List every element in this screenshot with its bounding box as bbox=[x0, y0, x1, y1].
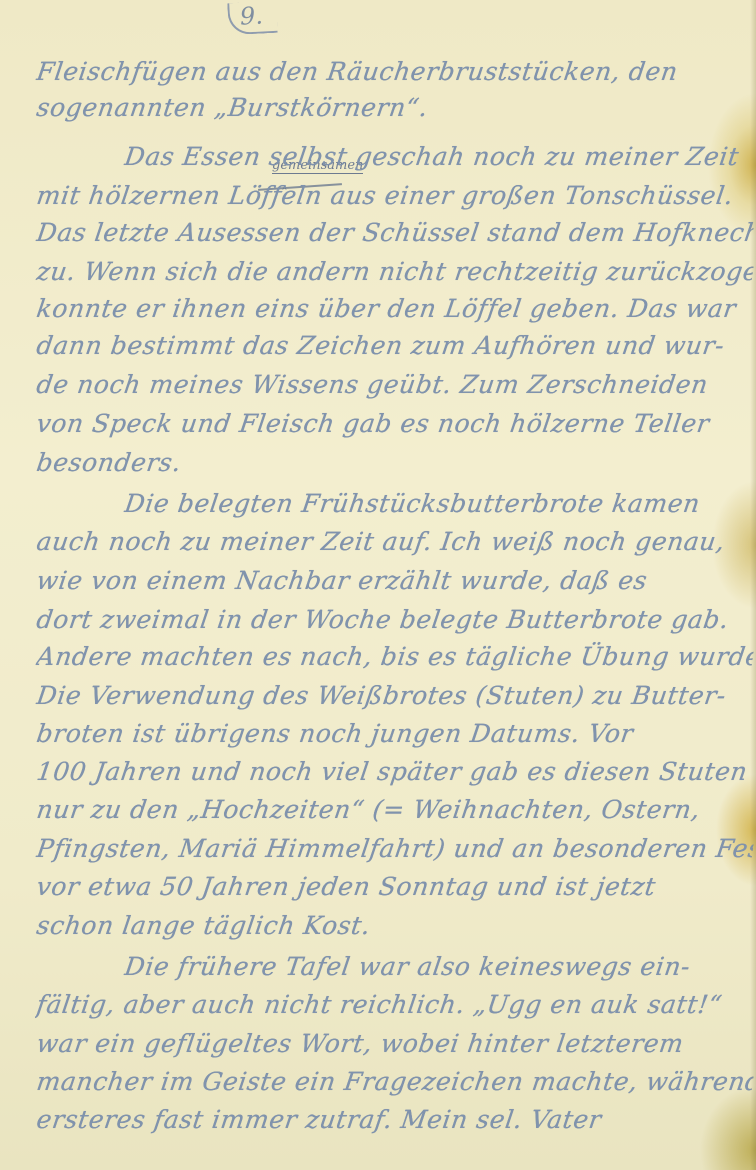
text-line: Das letzte Ausessen der Schüssel stand d… bbox=[34, 213, 756, 253]
text-line: broten ist übrigens noch jungen Datums. … bbox=[34, 714, 756, 754]
text-line: Pfingsten, Mariä Himmelfahrt) und an bes… bbox=[34, 829, 756, 869]
text-line: vor etwa 50 Jahren jeden Sonntag und ist… bbox=[34, 867, 756, 907]
text-line: Die frühere Tafel war also keineswegs ei… bbox=[122, 947, 756, 987]
page-number: 9. bbox=[227, 1, 278, 36]
text-line: ersteres fast immer zutraf. Mein sel. Va… bbox=[34, 1100, 756, 1140]
text-line: besonders. bbox=[34, 443, 756, 483]
text-line: von Speck und Fleisch gab es noch hölzer… bbox=[34, 404, 756, 444]
text-line: schon lange täglich Kost. bbox=[34, 906, 756, 946]
text-line: mit hölzernen Löffeln aus einer großen T… bbox=[34, 176, 756, 216]
text-line: auch noch zu meiner Zeit auf. Ich weiß n… bbox=[34, 522, 756, 562]
text-line: dort zweimal in der Woche belegte Butter… bbox=[34, 600, 756, 640]
text-line: de noch meines Wissens geübt. Zum Zersch… bbox=[34, 365, 756, 405]
text-line: 100 Jahren und noch viel später gab es d… bbox=[34, 752, 756, 792]
handwritten-page: 9. gemeinsamen ‸ Fleischfügen aus den Rä… bbox=[0, 0, 756, 1170]
text-line: wie von einem Nachbar erzählt wurde, daß… bbox=[34, 561, 756, 601]
text-line: zu. Wenn sich die andern nicht rechtzeit… bbox=[34, 252, 756, 292]
text-line: konnte er ihnen eins über den Löffel geb… bbox=[34, 289, 756, 329]
text-line: Die belegten Frühstücksbutterbrote kamen bbox=[122, 484, 756, 524]
text-line: Andere machten es nach, bis es tägliche … bbox=[34, 637, 756, 677]
text-line: dann bestimmt das Zeichen zum Aufhören u… bbox=[34, 326, 756, 366]
text-line: nur zu den „Hochzeiten“ (= Weihnachten, … bbox=[34, 790, 756, 830]
text-line: Die Verwendung des Weißbrotes (Stuten) z… bbox=[34, 676, 756, 716]
text-line: fältig, aber auch nicht reichlich. „Ugg … bbox=[34, 985, 756, 1025]
text-line: war ein geflügeltes Wort, wobei hinter l… bbox=[34, 1024, 756, 1064]
page-edge-shadow bbox=[750, 0, 756, 1170]
text-line: mancher im Geiste ein Fragezeichen macht… bbox=[34, 1062, 756, 1102]
text-line: sogenannten „Burstkörnern“. bbox=[34, 88, 756, 128]
text-line: Fleischfügen aus den Räucherbruststücken… bbox=[34, 52, 756, 92]
text-line: Das Essen selbst geschah noch zu meiner … bbox=[122, 137, 756, 177]
